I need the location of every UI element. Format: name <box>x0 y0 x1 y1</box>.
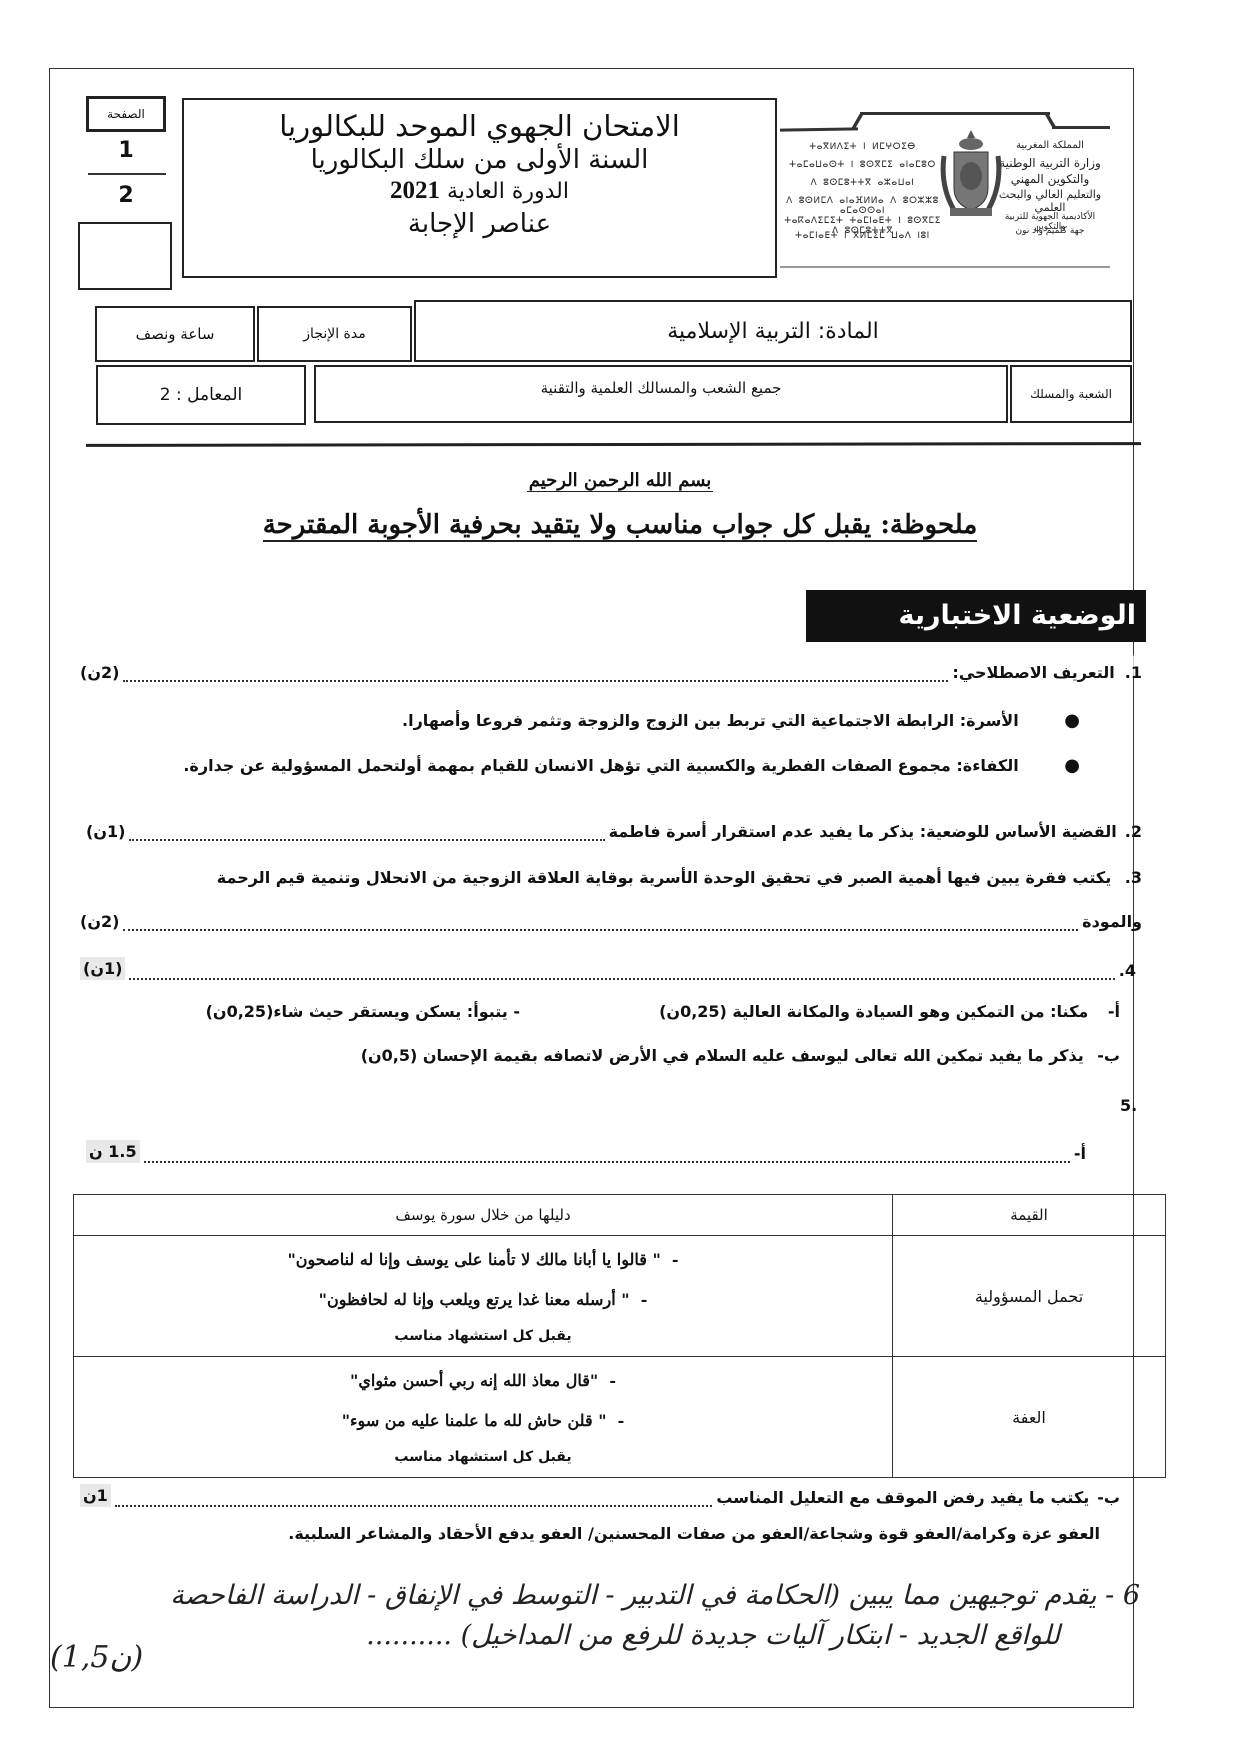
verse: - " أرسله معنا غدا يرتع ويلعب وإنا له لح… <box>74 1280 892 1320</box>
exam-title-box: الامتحان الجهوي الموحد للبكالوريا السنة … <box>182 98 777 278</box>
q4-a-second: - يتبوأ: يسكن ويستقر حيث شاء(0,25ن) <box>120 1002 520 1021</box>
question-4: 4. (1ن) <box>80 957 1136 980</box>
col-value: القيمة <box>893 1195 1166 1236</box>
page-separator <box>88 173 166 175</box>
verse: - "قال معاذ الله إنه ربي أحسن مثواي" <box>74 1361 892 1401</box>
question-5: 5. <box>1120 1096 1137 1115</box>
q5-b: ب- يكتب ما يفيد رفض الموقف مع التعليل ال… <box>80 1484 1120 1507</box>
q6-handwritten-line2: للواقع الجديد - ابتكار آليات جديدة للرفع… <box>160 1620 1060 1651</box>
duration-value: ساعة ونصف <box>95 306 255 362</box>
table-header-row: القيمة دليلها من خلال سورة يوسف <box>74 1195 1166 1236</box>
page-total: 2 <box>86 183 166 208</box>
q4-a: أ- مكنا: من التمكين وهو السيادة والمكانة… <box>560 1002 1120 1021</box>
section-title: الوضعية الاختبارية الأولى: 14ن <box>806 590 1146 642</box>
question-1: 1. التعريف الاصطلاحي: (2ن) <box>80 663 1142 682</box>
q5-b-answer: العفو عزة وكرامة/العفو قوة وشجاعة/العفو … <box>100 1524 1100 1543</box>
question-3: 3. يكتب فقرة يبين فيها أهمية الصبر في تح… <box>80 868 1142 887</box>
question-3-cont: والمودة (2ن) <box>80 912 1142 931</box>
table-row: العفة - "قال معاذ الله إنه ربي أحسن مثوا… <box>74 1357 1166 1478</box>
exam-title: الامتحان الجهوي الموحد للبكالوريا <box>184 108 775 144</box>
q1-item-family: ● الأسرة: الرابطة الاجتماعية التي تربط ب… <box>80 710 1080 731</box>
branch-value: جميع الشعب والمسالك العلمية والتقنية <box>314 365 1008 423</box>
table-row: تحمل المسؤولية - " قالوا يا أبانا مالك ل… <box>74 1236 1166 1357</box>
q1-item-competence: ● الكفاءة: مجموع الصفات الفطرية والكسبية… <box>80 755 1080 776</box>
coefficient: المعامل : 2 <box>96 365 306 425</box>
answer-key-label: عناصر الإجابة <box>184 207 775 241</box>
value-cell: العفة <box>893 1357 1166 1478</box>
basmala: بسم الله الرحمن الرحيم <box>0 470 1240 491</box>
exam-year: 2021 <box>390 177 440 204</box>
evidence-cell: - "قال معاذ الله إنه ربي أحسن مثواي" - "… <box>74 1357 893 1478</box>
page-current: 1 <box>86 138 166 163</box>
exam-code-box <box>78 222 172 290</box>
duration-label: مدة الإنجاز <box>257 306 412 362</box>
exam-session: الدورة العادية 2021 <box>184 176 775 207</box>
q4-b: ب- يذكر ما يفيد تمكين الله تعالى ليوسف ع… <box>200 1046 1120 1065</box>
subject-cell: المادة: التربية الإسلامية <box>414 300 1132 362</box>
ministry-header: ⵜⴰⴳⵍⴷⵉⵜ ⵏ ⵍⵎⵖⵔⵉⴱ ⵜⴰⵎⴰⵡⴰⵙⵜ ⵏ ⵓⵙⴳⵎⵉ ⴰⵏⴰⵎⵓⵔ… <box>780 100 1110 270</box>
q6-points: (1,5ن) <box>50 1640 143 1675</box>
branch-label: الشعبة والمسلك <box>1010 365 1132 423</box>
exam-level: السنة الأولى من سلك البكالوريا <box>184 144 775 176</box>
values-table: القيمة دليلها من خلال سورة يوسف تحمل الم… <box>73 1194 1166 1478</box>
verse: - " قلن حاش لله ما علمنا عليه من سوء" <box>74 1401 892 1441</box>
question-2: 2. القضية الأساس للوضعية: يذكر ما يفيد ع… <box>86 822 1142 841</box>
page-label: الصفحة <box>86 96 166 132</box>
value-cell: تحمل المسؤولية <box>893 1236 1166 1357</box>
verse: - " قالوا يا أبانا مالك لا تأمنا على يوس… <box>74 1240 892 1280</box>
accept-note: يقبل كل استشهاد مناسب <box>74 1320 892 1352</box>
q5-a: أ- 1.5 ن <box>86 1140 1086 1163</box>
col-evidence: دليلها من خلال سورة يوسف <box>74 1195 893 1236</box>
evidence-cell: - " قالوا يا أبانا مالك لا تأمنا على يوس… <box>74 1236 893 1357</box>
accept-note: يقبل كل استشهاد مناسب <box>74 1441 892 1473</box>
q6-handwritten-line1: 6 - يقدم توجيهين مما يبين (الحكامة في ال… <box>90 1580 1140 1611</box>
grading-note: ملحوظة: يقبل كل جواب مناسب ولا يتقيد بحر… <box>0 510 1240 540</box>
